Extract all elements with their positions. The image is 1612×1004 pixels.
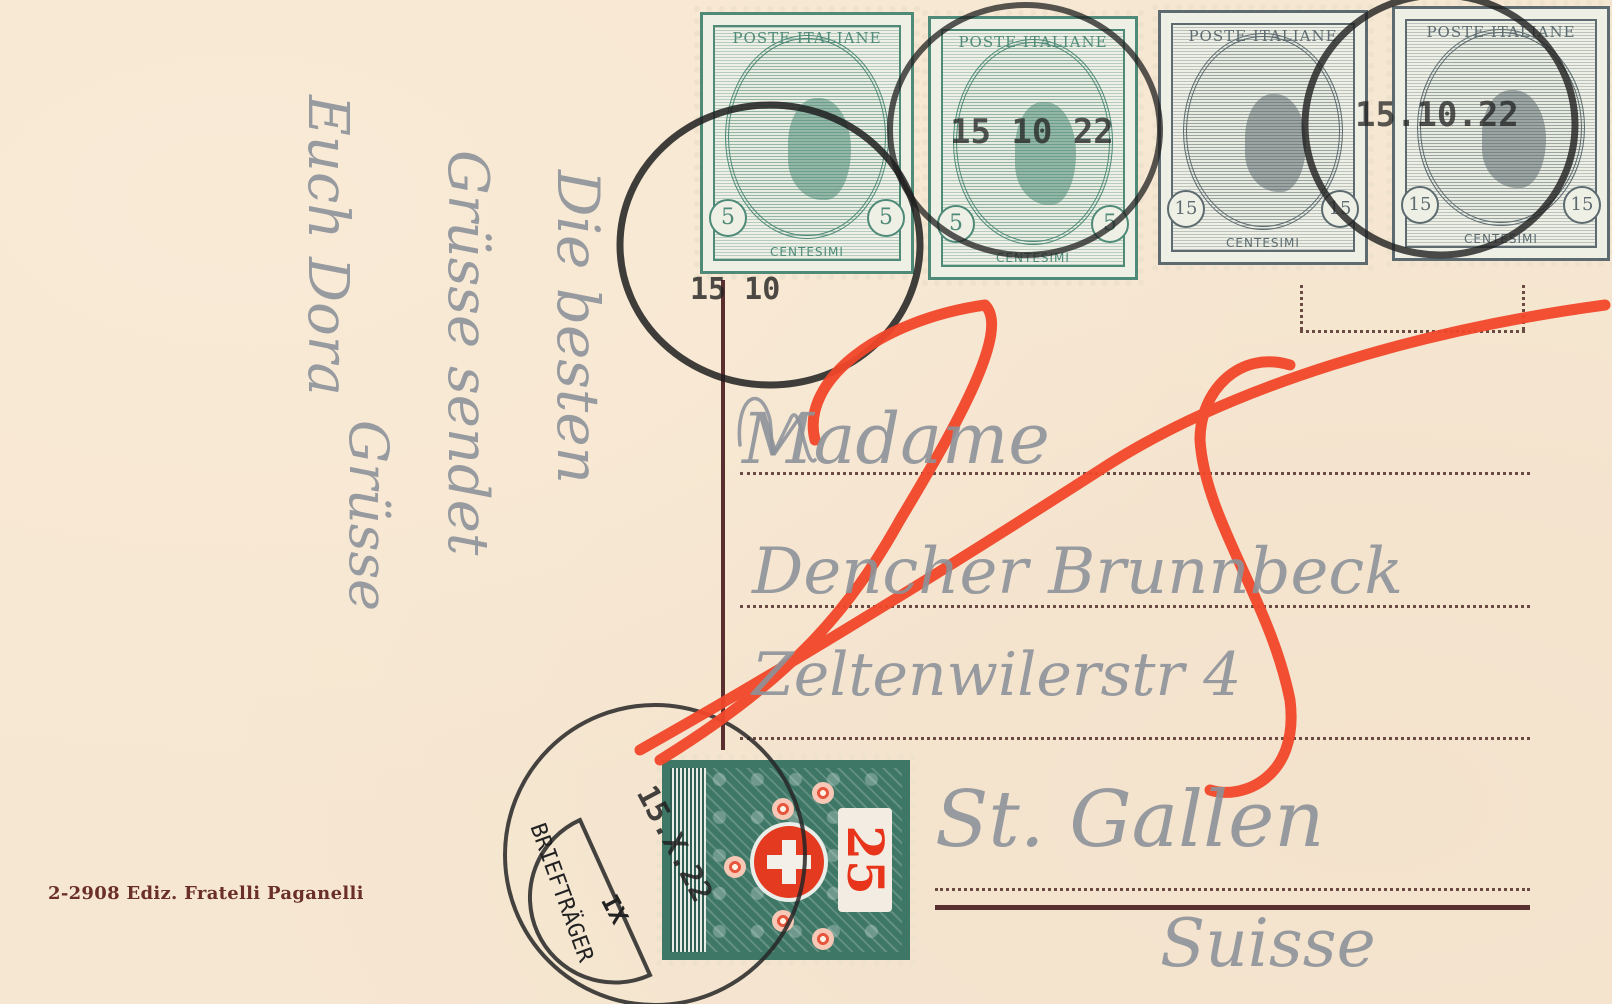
postmark-date: 15 10 (690, 272, 780, 307)
address-line: Zeltenwilerstr 4 (752, 640, 1241, 710)
postmark-date: 15 10 22 (950, 112, 1114, 152)
postmark-date: 15.10.22 (1355, 95, 1519, 135)
address-line: Dencher Brunnbeck (752, 535, 1403, 609)
markings-layer (0, 0, 1612, 1004)
address-line: Madame (742, 398, 1050, 480)
address-line: Suisse (1160, 905, 1376, 982)
address-line: St. Gallen (935, 775, 1324, 865)
postcard: Die besten Grüsse sendet Euch Dora Grüss… (0, 0, 1612, 1004)
